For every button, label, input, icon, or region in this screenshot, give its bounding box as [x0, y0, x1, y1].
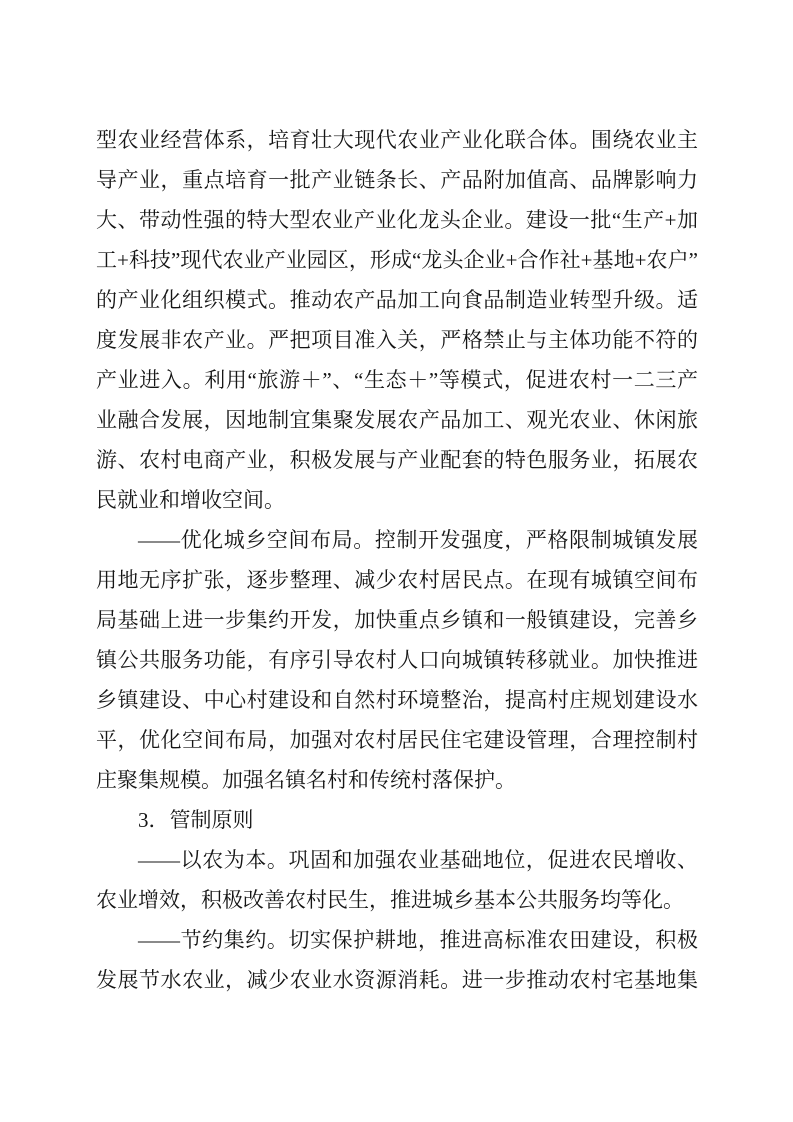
body-line: 镇公共服务功能，有序引导农村人口向城镇转移就业。加快推进 — [96, 640, 698, 680]
body-line: 度发展非农产业。严把项目准入关，严格禁止与主体功能不符的 — [96, 320, 698, 360]
body-line: 民就业和增收空间。 — [96, 480, 698, 520]
paragraph-lead-line: ——以农为本。巩固和加强农业基础地位，促进农民增收、 — [96, 840, 698, 880]
body-line: 乡镇建设、中心村建设和自然村环境整治，提高村庄规划建设水 — [96, 680, 698, 720]
body-line: 游、农村电商产业，积极发展与产业配套的特色服务业，拓展农 — [96, 440, 698, 480]
body-line: 农业增效，积极改善农村民生，推进城乡基本公共服务均等化。 — [96, 880, 698, 920]
document-page: 型农业经营体系，培育壮大现代农业产业化联合体。围绕农业主 导产业，重点培育一批产… — [0, 0, 793, 1122]
body-line: 发展节水农业，减少农业水资源消耗。进一步推动农村宅基地集 — [96, 960, 698, 1000]
body-line: 的产业化组织模式。推动农产品加工向食品制造业转型升级。适 — [96, 280, 698, 320]
body-line: 工+科技”现代农业产业园区，形成“龙头企业+合作社+基地+农户” — [96, 240, 698, 280]
body-line: 局基础上进一步集约开发，加快重点乡镇和一般镇建设，完善乡 — [96, 600, 698, 640]
paragraph-lead-line: ——优化城乡空间布局。控制开发强度，严格限制城镇发展 — [96, 520, 698, 560]
paragraph-lead-line: ——节约集约。切实保护耕地，推进高标准农田建设，积极 — [96, 920, 698, 960]
section-heading: 3．管制原则 — [96, 800, 698, 840]
body-line: 用地无序扩张，逐步整理、减少农村居民点。在现有城镇空间布 — [96, 560, 698, 600]
body-line: 平，优化空间布局，加强对农村居民住宅建设管理，合理控制村 — [96, 720, 698, 760]
body-line: 产业进入。利用“旅游＋”、“生态＋”等模式，促进农村一二三产 — [96, 360, 698, 400]
body-line: 庄聚集规模。加强名镇名村和传统村落保护。 — [96, 760, 698, 800]
body-line: 导产业，重点培育一批产业链条长、产品附加值高、品牌影响力 — [96, 160, 698, 200]
body-line: 型农业经营体系，培育壮大现代农业产业化联合体。围绕农业主 — [96, 120, 698, 160]
body-line: 大、带动性强的特大型农业产业化龙头企业。建设一批“生产+加 — [96, 200, 698, 240]
body-line: 业融合发展，因地制宜集聚发展农产品加工、观光农业、休闲旅 — [96, 400, 698, 440]
document-text-block: 型农业经营体系，培育壮大现代农业产业化联合体。围绕农业主 导产业，重点培育一批产… — [96, 120, 698, 1000]
